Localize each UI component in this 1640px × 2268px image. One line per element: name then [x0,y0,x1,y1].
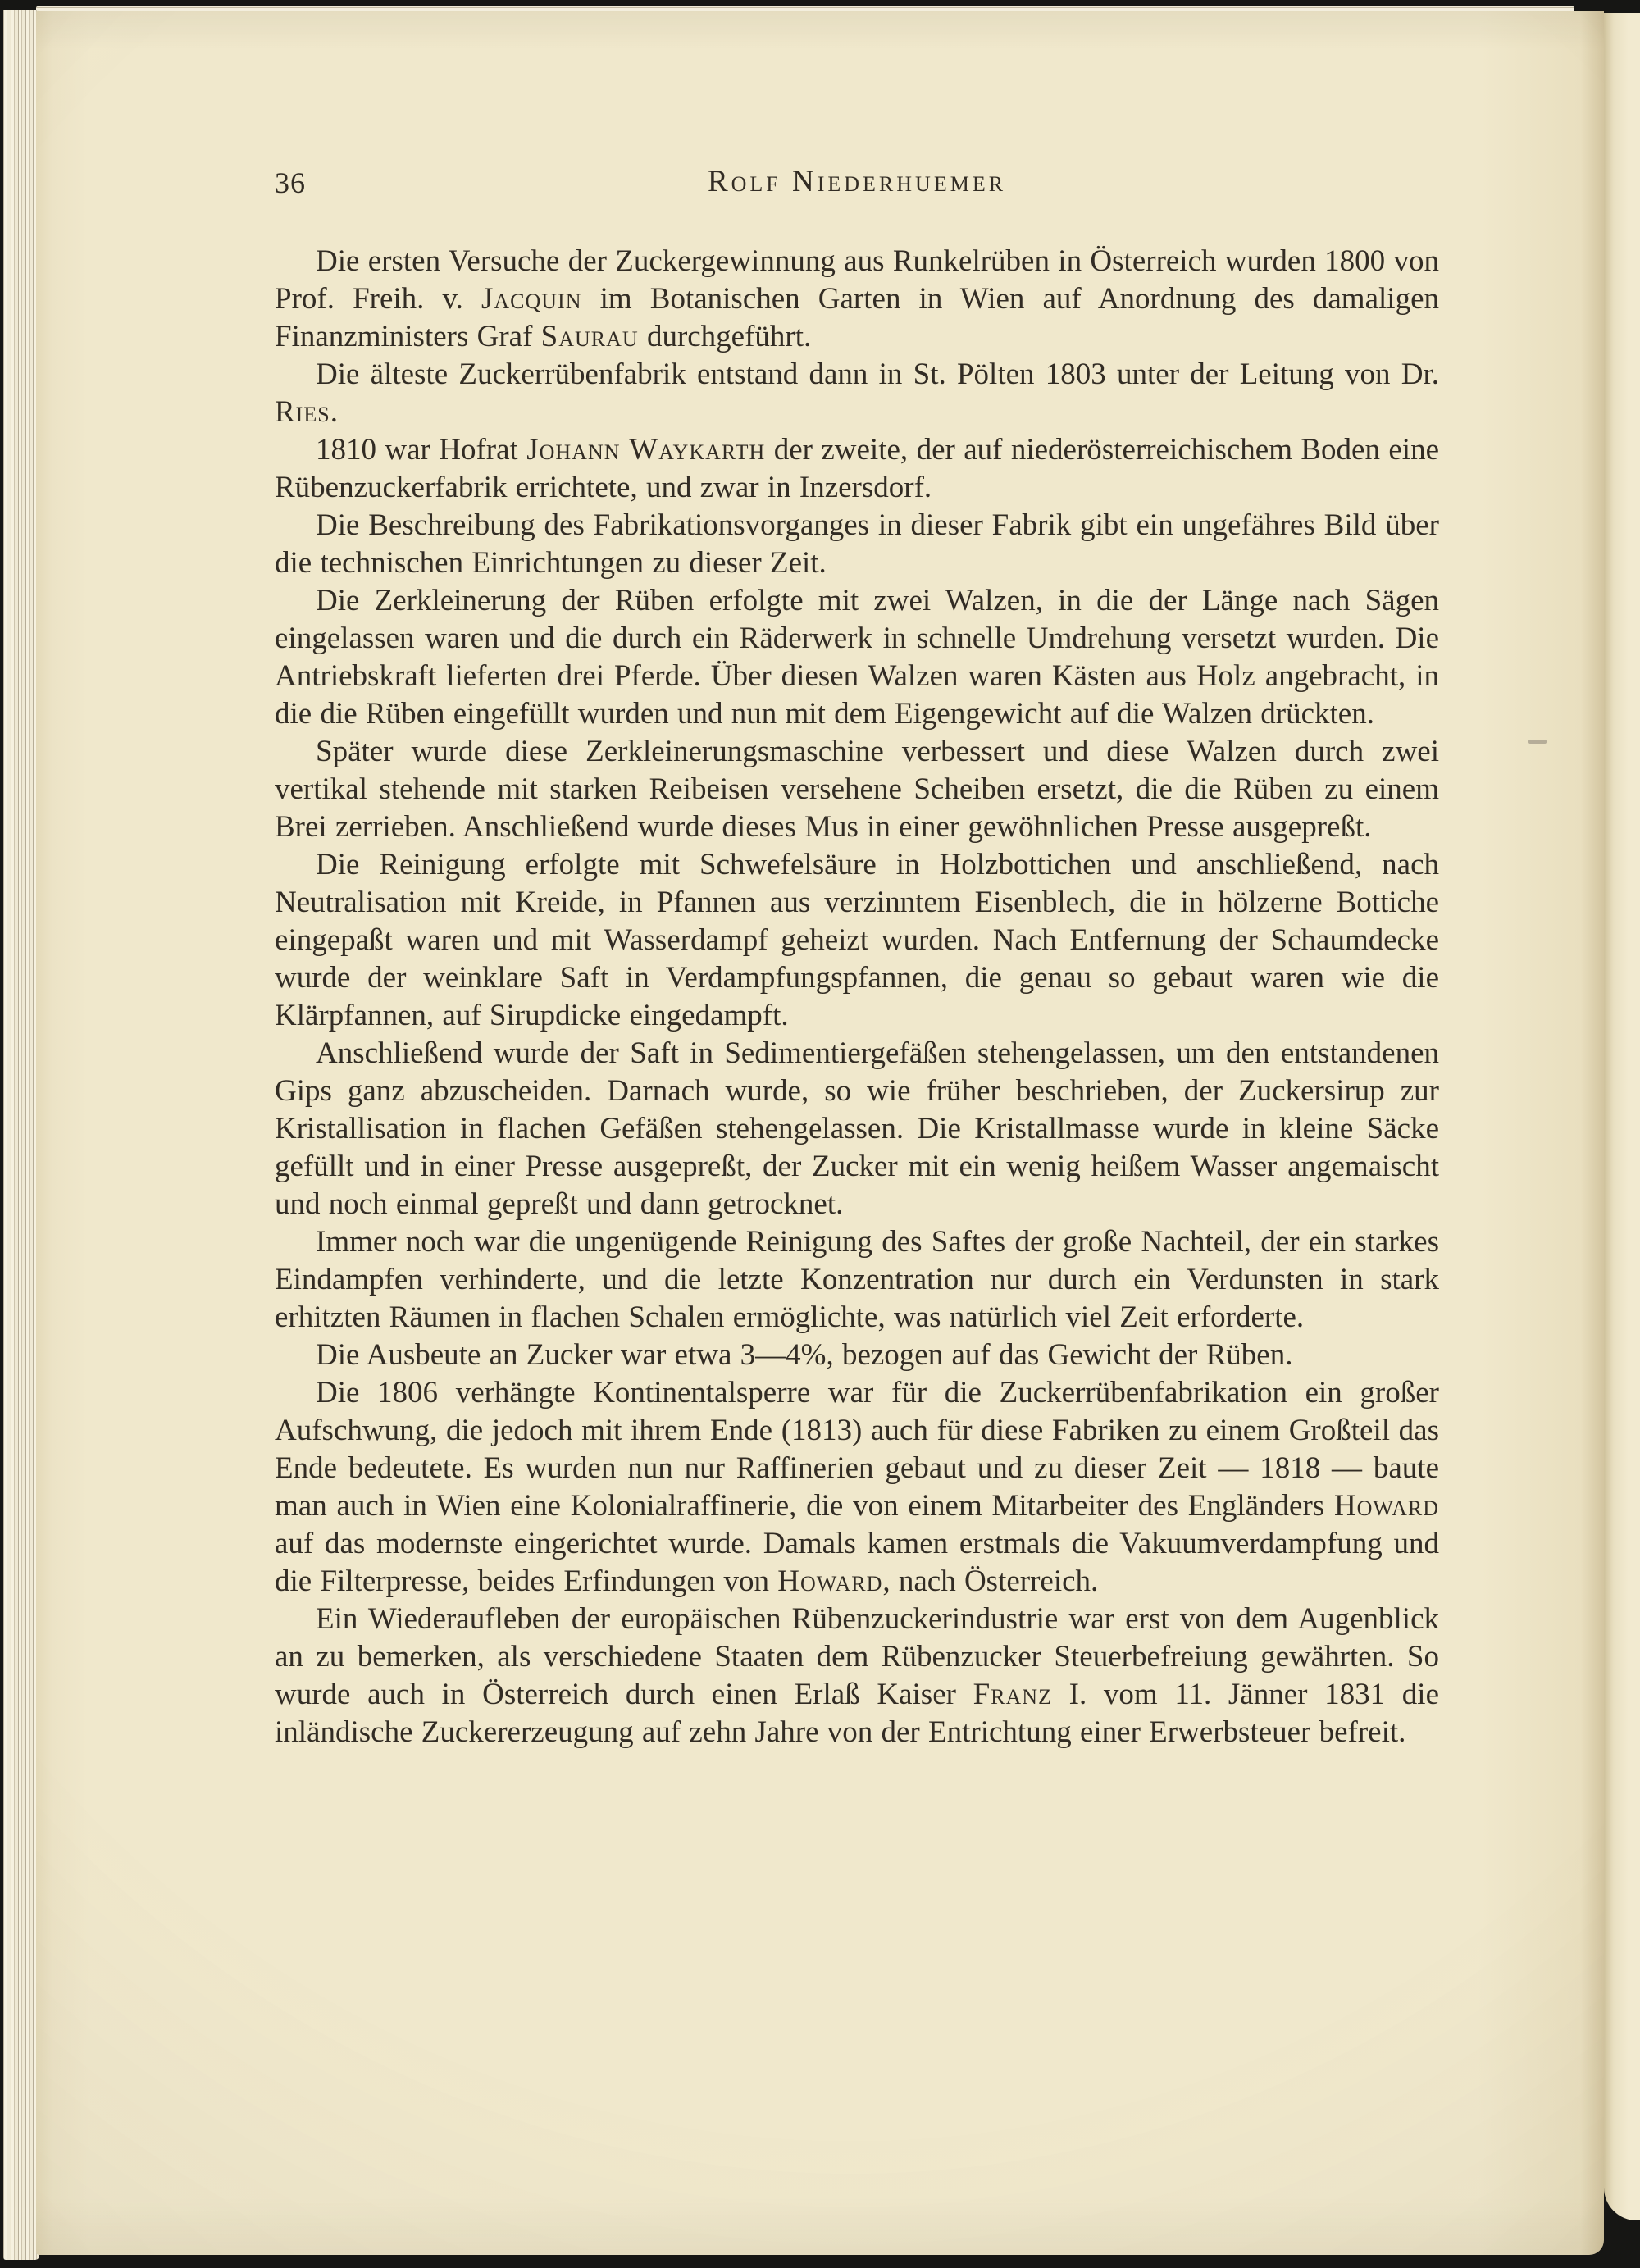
person-name: Johann Waykarth [526,433,765,467]
text-run: Die Reinigung erfolgte mit Schwefelsäure… [275,848,1439,1032]
paragraph: Die Beschreibung des Fabrikationsvorgang… [275,507,1439,582]
person-name: Saurau [541,320,639,353]
person-name: Franz [973,1678,1052,1711]
text-run: Die Zerkleinerung der Rüben erfolgte mit… [275,584,1439,731]
text-run: Immer noch war die ungenügende Reinigung… [275,1225,1439,1334]
page-number: 36 [275,166,306,200]
text-run: Anschließend wurde der Saft in Sedimenti… [275,1036,1439,1221]
paragraph: Die Reinigung erfolgte mit Schwefelsäure… [275,846,1439,1035]
paragraph: Die ersten Versuche der Zuckergewinnung … [275,243,1439,356]
text-run: Später wurde diese Zerkleinerungsmaschin… [275,735,1439,844]
paragraph: Anschließend wurde der Saft in Sedimenti… [275,1035,1439,1223]
page-edges-left [3,10,39,2260]
book-page: 36 Rolf Niederhuemer Die ersten Versuche… [36,11,1604,2255]
text-run: Die 1806 verhängte Kontinentalsperre war… [275,1376,1439,1523]
paragraph: Die Zerkleinerung der Rüben erfolgte mit… [275,582,1439,733]
paragraph: Später wurde diese Zerkleinerungsmaschin… [275,733,1439,846]
paragraph: Die Ausbeute an Zucker war etwa 3—4%, be… [275,1337,1439,1374]
paragraph: 1810 war Hofrat Johann Waykarth der zwei… [275,431,1439,507]
text-run: Die Beschreibung des Fabrikationsvorgang… [275,508,1439,580]
book-scan: 36 Rolf Niederhuemer Die ersten Versuche… [0,0,1640,2268]
person-name: Howard [1334,1489,1439,1523]
body-text: Die ersten Versuche der Zuckergewinnung … [275,243,1439,1751]
text-run: . [330,395,338,429]
paragraph: Die älteste Zuckerrübenfabrik entstand d… [275,356,1439,431]
page-header: 36 Rolf Niederhuemer [275,164,1439,202]
text-run: 1810 war Hofrat [316,433,526,467]
text-run: Die älteste Zuckerrübenfabrik entstand d… [316,358,1439,391]
paragraph: Immer noch war die ungenügende Reinigung… [275,1223,1439,1337]
running-head: Rolf Niederhuemer [275,164,1439,199]
paragraph: Die 1806 verhängte Kontinentalsperre war… [275,1374,1439,1601]
paragraph: Ein Wiederaufleben der europäischen Rübe… [275,1601,1439,1751]
adjacent-page-edge [1604,13,1640,2220]
person-name: Ries [275,395,330,429]
scan-artifact [1528,740,1547,744]
person-name: Howard [777,1564,882,1598]
text-run: , nach Österreich. [882,1564,1098,1598]
text-run: durchgeführt. [639,320,812,353]
text-run: Die Ausbeute an Zucker war etwa 3—4%, be… [316,1338,1292,1372]
page-content: 36 Rolf Niederhuemer Die ersten Versuche… [275,164,1439,2255]
person-name: Jacquin [481,282,582,316]
